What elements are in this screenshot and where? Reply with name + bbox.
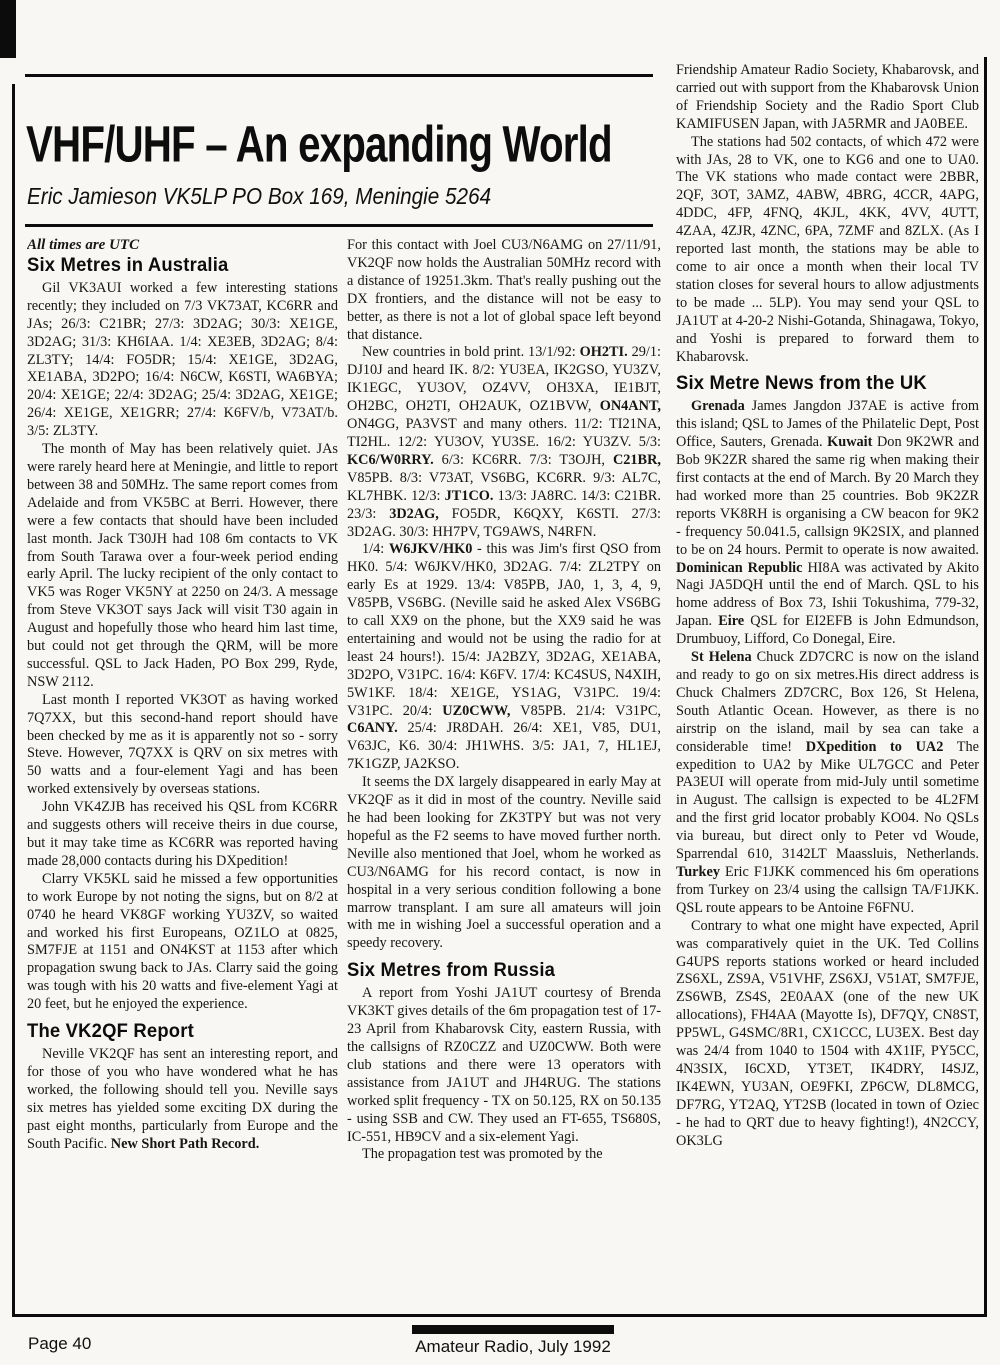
magazine-page: VHF/UHF – An expanding World Eric Jamies… <box>0 0 1000 1365</box>
paragraph: Grenada James Jangdon J37AE is active fr… <box>676 398 979 649</box>
section-heading: Six Metres in Australia <box>27 255 329 277</box>
article-title: VHF/UHF – An expanding World <box>26 118 664 173</box>
paragraph: Friendship Amateur Radio Society, Khabar… <box>676 62 979 134</box>
paragraph: Contrary to what one might have expected… <box>676 918 979 1151</box>
paragraph: Neville VK2QF has sent an interesting re… <box>27 1046 338 1153</box>
left-border-rule <box>12 84 15 1317</box>
paragraph: The stations had 502 contacts, of which … <box>676 134 979 367</box>
paragraph: Clarry VK5KL said he missed a few opport… <box>27 871 338 1014</box>
text-column-2: For this contact with Joel CU3/N6AMG on … <box>347 237 661 1313</box>
journal-title: Amateur Radio, July 1992 <box>362 1337 664 1357</box>
masthead-top-rule <box>25 74 653 77</box>
masthead-bottom-rule <box>25 224 653 227</box>
bottom-border-rule <box>12 1314 987 1317</box>
paragraph: It seems the DX largely disappeared in e… <box>347 774 661 953</box>
paragraph: Gil VK3AUI worked a few interesting stat… <box>27 280 338 441</box>
text-column-1: All times are UTCSix Metres in Australia… <box>27 237 338 1313</box>
right-border-rule <box>984 57 987 1317</box>
scan-corner-mark <box>0 0 16 58</box>
text-column-3: Friendship Amateur Radio Society, Khabar… <box>676 62 979 1313</box>
paragraph: For this contact with Joel CU3/N6AMG on … <box>347 237 661 344</box>
journal-footer-bar <box>412 1325 614 1334</box>
paragraph: New countries in bold print. 13/1/92: OH… <box>347 344 661 541</box>
paragraph: 1/4: W6JKV/HK0 - this was Jim's first QS… <box>347 541 661 774</box>
section-heading: Six Metres from Russia <box>347 960 652 982</box>
section-heading: Six Metre News from the UK <box>676 373 970 395</box>
paragraph: The month of May has been relatively qui… <box>27 441 338 692</box>
paragraph: A report from Yoshi JA1UT courtesy of Br… <box>347 985 661 1146</box>
page-number: Page 40 <box>28 1334 91 1354</box>
paragraph: St Helena Chuck ZD7CRC is now on the isl… <box>676 649 979 918</box>
paragraph: The propagation test was promoted by the <box>347 1146 661 1164</box>
paragraph: Last month I reported VK3OT as having wo… <box>27 692 338 799</box>
article-byline: Eric Jamieson VK5LP PO Box 169, Meningie… <box>27 183 711 210</box>
section-heading: The VK2QF Report <box>27 1021 329 1043</box>
times-note: All times are UTC <box>27 237 338 255</box>
paragraph: John VK4ZJB has received his QSL from KC… <box>27 799 338 871</box>
